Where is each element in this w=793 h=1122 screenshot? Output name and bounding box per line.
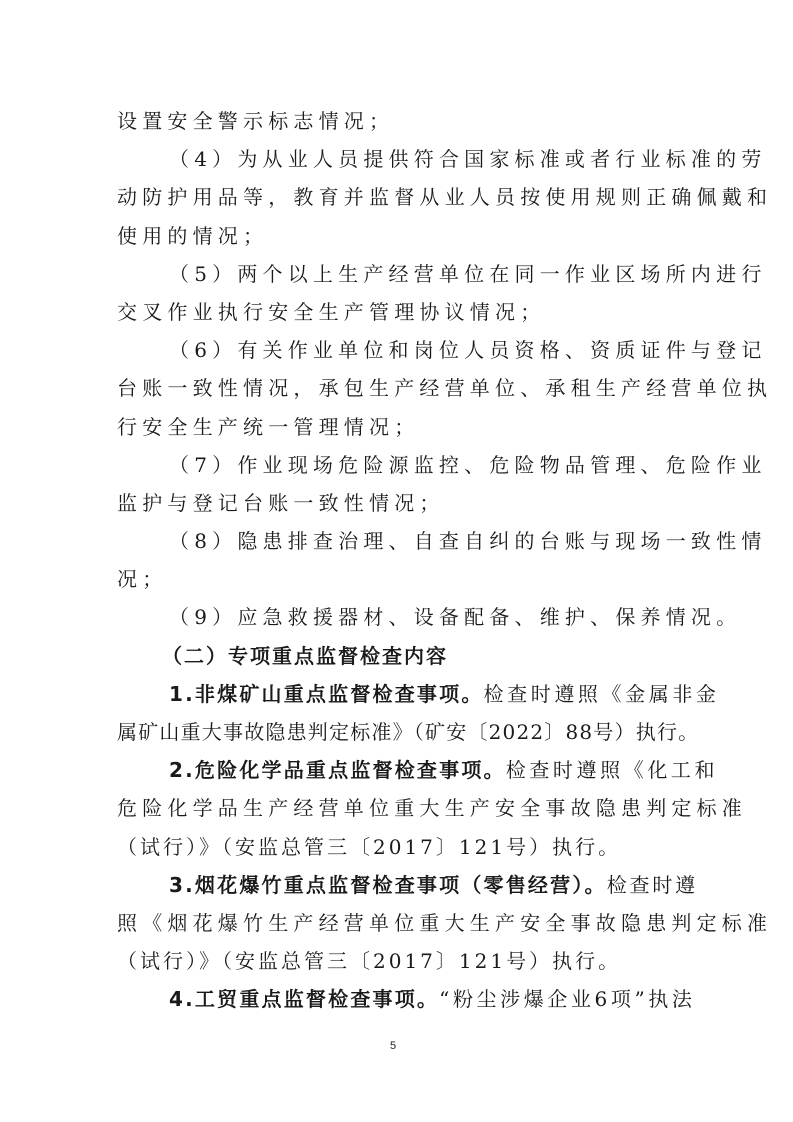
- text-line: 危险化学品生产经营单位重大生产安全事故隐患判定标准: [117, 789, 677, 827]
- text-line: 属矿山重大事故隐患判定标准》（矿安〔2022〕88号）执行。: [117, 713, 677, 751]
- item-4-title: 4.工贸重点监督检查事项。: [169, 987, 439, 1011]
- text-line: 监护与登记台账一致性情况；: [117, 484, 677, 522]
- page-number: 5: [390, 1040, 396, 1052]
- item-1-text: 检查时遵照《金属非金: [484, 682, 720, 706]
- text-line: 设置安全警示标志情况；: [117, 102, 677, 140]
- item-1-title: 1.非煤矿山重点监督检查事项。: [169, 682, 484, 706]
- item-1-first-line: 1.非煤矿山重点监督检查事项。检查时遵照《金属非金: [117, 675, 677, 713]
- item-3-first-line: 3.烟花爆竹重点监督检查事项（零售经营）。检查时遵: [117, 866, 677, 904]
- item-4-text: “粉尘涉爆企业6项”执法: [439, 987, 695, 1011]
- text-line: 动防护用品等，教育并监督从业人员按使用规则正确佩戴和: [117, 178, 677, 216]
- text-line: （6）有关作业单位和岗位人员资格、资质证件与登记: [117, 331, 677, 369]
- item-4-first-line: 4.工贸重点监督检查事项。“粉尘涉爆企业6项”执法: [117, 980, 677, 1018]
- text-line: 交叉作业执行安全生产管理协议情况；: [117, 293, 677, 331]
- text-line: （7）作业现场危险源监控、危险物品管理、危险作业: [117, 446, 677, 484]
- item-3-title: 3.烟花爆竹重点监督检查事项（零售经营）。: [169, 873, 607, 897]
- text-line: 行安全生产统一管理情况；: [117, 408, 677, 446]
- item-2-title: 2.危险化学品重点监督检查事项。: [169, 758, 506, 782]
- document-page: 设置安全警示标志情况； （4）为从业人员提供符合国家标准或者行业标准的劳 动防护…: [0, 0, 793, 1122]
- item-2-first-line: 2.危险化学品重点监督检查事项。检查时遵照《化工和: [117, 751, 677, 789]
- text-line: （试行）》（安监总管三〔2017〕121号）执行。: [117, 828, 677, 866]
- item-2-text: 检查时遵照《化工和: [506, 758, 718, 782]
- text-line: 使用的情况；: [117, 217, 677, 255]
- text-line: （8）隐患排查治理、自查自纠的台账与现场一致性情: [117, 522, 677, 560]
- item-3-text: 检查时遵: [607, 873, 698, 897]
- text-line: （试行）》（安监总管三〔2017〕121号）执行。: [117, 942, 677, 980]
- section-heading: （二）专项重点监督检查内容: [117, 637, 677, 675]
- text-line: 况；: [117, 560, 677, 598]
- text-line: （9）应急救援器材、设备配备、维护、保养情况。: [117, 598, 677, 636]
- text-line: （5）两个以上生产经营单位在同一作业区场所内进行: [117, 255, 677, 293]
- body-text: 设置安全警示标志情况； （4）为从业人员提供符合国家标准或者行业标准的劳 动防护…: [117, 102, 677, 1019]
- text-line: 照《烟花爆竹生产经营单位重大生产安全事故隐患判定标准: [117, 904, 677, 942]
- text-line: 台账一致性情况，承包生产经营单位、承租生产经营单位执: [117, 369, 677, 407]
- text-line: （4）为从业人员提供符合国家标准或者行业标准的劳: [117, 140, 677, 178]
